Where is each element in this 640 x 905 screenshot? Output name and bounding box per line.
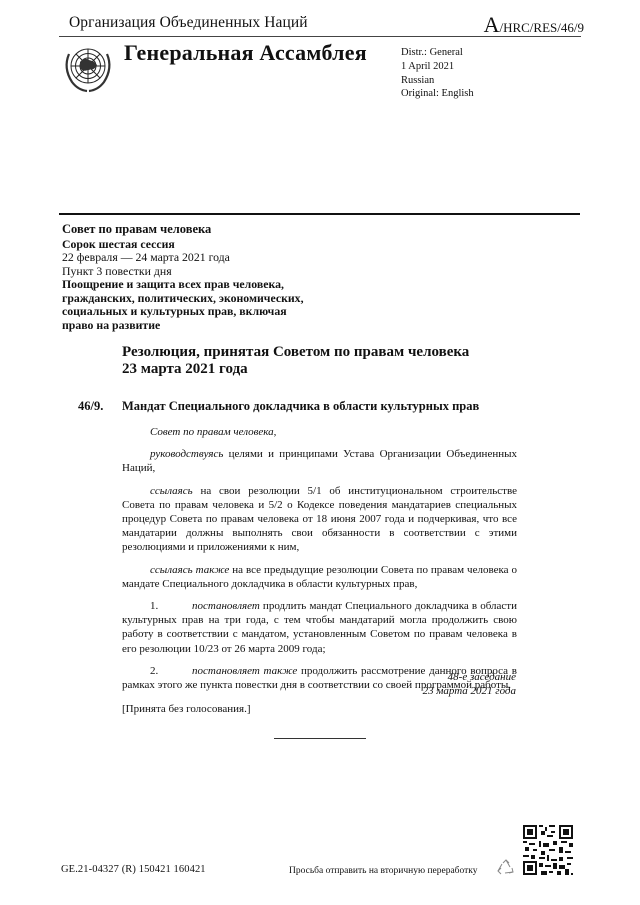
resolution-heading-line2: 23 марта 2021 года [122, 361, 469, 378]
paragraph-number: 1. [150, 599, 192, 613]
meeting-number: 48-е заседание [423, 670, 516, 684]
council-name: Совет по правам человека [62, 223, 304, 237]
meeting-info: 48-е заседание 23 марта 2021 года [423, 670, 516, 698]
preamble-lead: ссылаясь [150, 485, 193, 497]
resolution-subject: Мандат Специального докладчика в области… [122, 399, 479, 414]
meeting-date: 23 марта 2021 года [423, 684, 516, 698]
operative-lead: постановляет [192, 600, 260, 612]
operative-lead: постановляет также [192, 665, 297, 677]
preamble-paragraph: ссылаясь на свои резолюции 5/1 об инстит… [122, 484, 517, 555]
distr-language: Russian [401, 74, 474, 88]
preamble-lead: Совет по правам человека, [150, 426, 276, 438]
agenda-title-line: гражданских, политических, экономических… [62, 292, 304, 306]
preamble-lead: ссылаясь также [150, 564, 229, 576]
session: Сорок шестая сессия [62, 238, 304, 252]
agenda-title-line: социальных и культурных прав, включая [62, 305, 304, 319]
resolution-heading-line1: Резолюция, принятая Советом по правам че… [122, 344, 469, 361]
paragraph-number: 2. [150, 664, 192, 678]
distr-status: Distr.: General [401, 46, 474, 60]
session-dates: 22 февраля — 24 марта 2021 года [62, 251, 304, 265]
preamble-paragraph: руководствуясь целями и принципами Устав… [122, 447, 517, 475]
preamble-paragraph: Совет по правам человека, [122, 425, 517, 439]
adoption-note: [Принята без голосования.] [122, 703, 251, 715]
preamble-paragraph: ссылаясь также на все предыдущие резолюц… [122, 563, 517, 591]
resolution-number: 46/9. [78, 399, 103, 414]
distr-original: Original: English [401, 87, 474, 101]
end-rule [274, 738, 366, 739]
agenda-title-line: Поощрение и защита всех прав человека, [62, 278, 304, 292]
resolution-heading: Резолюция, принятая Советом по правам че… [122, 344, 469, 378]
agenda-title-line: право на развитие [62, 319, 304, 333]
symbol-rest: /HRC/RES/46/9 [499, 20, 584, 35]
council-block: Совет по правам человека Сорок шестая се… [62, 223, 304, 332]
qr-code-icon [523, 825, 573, 875]
un-emblem-icon [60, 40, 116, 96]
document-symbol: A/HRC/RES/46/9 [484, 12, 584, 38]
preamble-lead: руководствуясь [150, 448, 223, 460]
recycle-note: Просьба отправить на вторичную переработ… [289, 866, 478, 876]
symbol-prefix: A [484, 12, 500, 37]
organization-name: Организация Объединенных Наций [69, 14, 308, 32]
distribution-block: Distr.: General 1 April 2021 Russian Ori… [401, 46, 474, 101]
agenda-item: Пункт 3 повестки дня [62, 265, 304, 279]
resolution-body: Совет по правам человека, руководствуясь… [122, 425, 517, 700]
operative-paragraph: 1.постановляет продлить мандат Специальн… [122, 599, 517, 656]
header-rule [59, 36, 581, 37]
assembly-title: Генеральная Ассамблея [124, 40, 367, 66]
distr-date: 1 April 2021 [401, 60, 474, 74]
section-rule [59, 213, 580, 215]
recycle-icon [496, 859, 516, 879]
job-number: GE.21-04327 (R) 150421 160421 [61, 864, 206, 875]
